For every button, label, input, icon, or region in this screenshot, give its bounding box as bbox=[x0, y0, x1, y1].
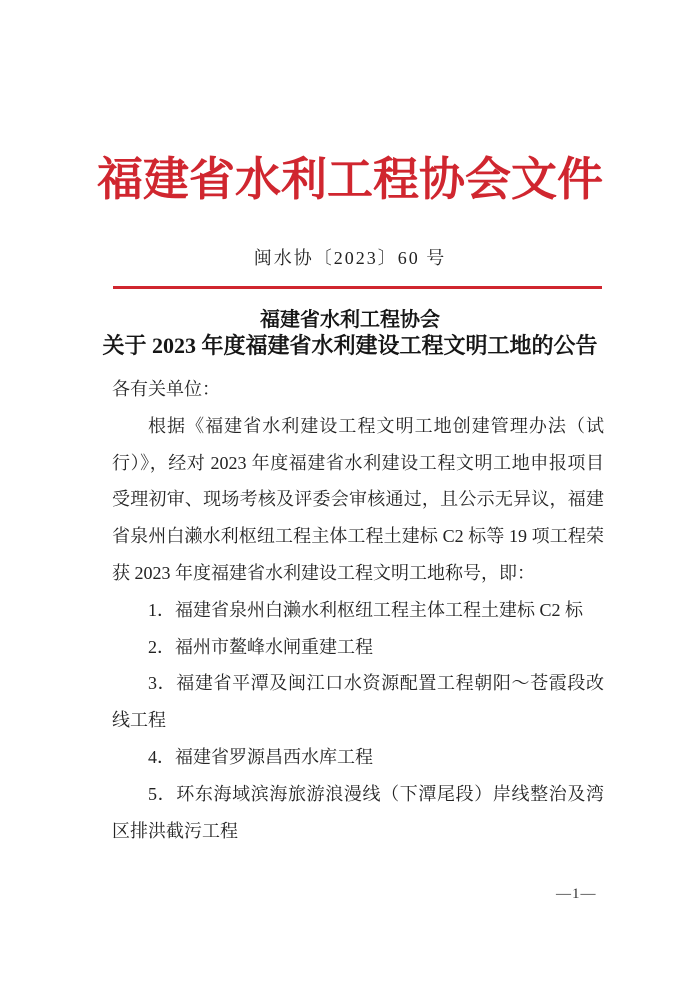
list-item: 2．福州市鳌峰水闸重建工程 bbox=[112, 629, 604, 666]
body-paragraph: 根据《福建省水利建设工程文明工地创建管理办法（试行）》，经对 2023 年度福建… bbox=[112, 408, 604, 592]
list-item: 1．福建省泉州白濑水利枢纽工程主体工程土建标 C2 标 bbox=[112, 592, 604, 629]
list-item: 5．环东海域滨海旅游浪漫线（下潭尾段）岸线整治及湾区排洪截污工程 bbox=[112, 776, 604, 850]
document-subject-title: 关于 2023 年度福建省水利建设工程文明工地的公告 bbox=[0, 329, 700, 360]
letterhead-title: 福建省水利工程协会文件 bbox=[0, 150, 700, 210]
document-number: 闽水协〔2023〕60 号 bbox=[0, 244, 700, 270]
page-number: —1— bbox=[556, 886, 597, 903]
letterhead-divider-rule bbox=[113, 286, 602, 289]
salutation: 各有关单位： bbox=[112, 371, 604, 408]
list-item: 3．福建省平潭及闽江口水资源配置工程朝阳～苍霞段改线工程 bbox=[112, 665, 604, 739]
issuing-org-title: 福建省水利工程协会 bbox=[0, 303, 700, 332]
document-page: 福建省水利工程协会文件 闽水协〔2023〕60 号 福建省水利工程协会 关于 2… bbox=[0, 0, 700, 990]
list-item: 4．福建省罗源昌西水库工程 bbox=[112, 739, 604, 776]
document-body: 各有关单位： 根据《福建省水利建设工程文明工地创建管理办法（试行）》，经对 20… bbox=[112, 371, 604, 849]
